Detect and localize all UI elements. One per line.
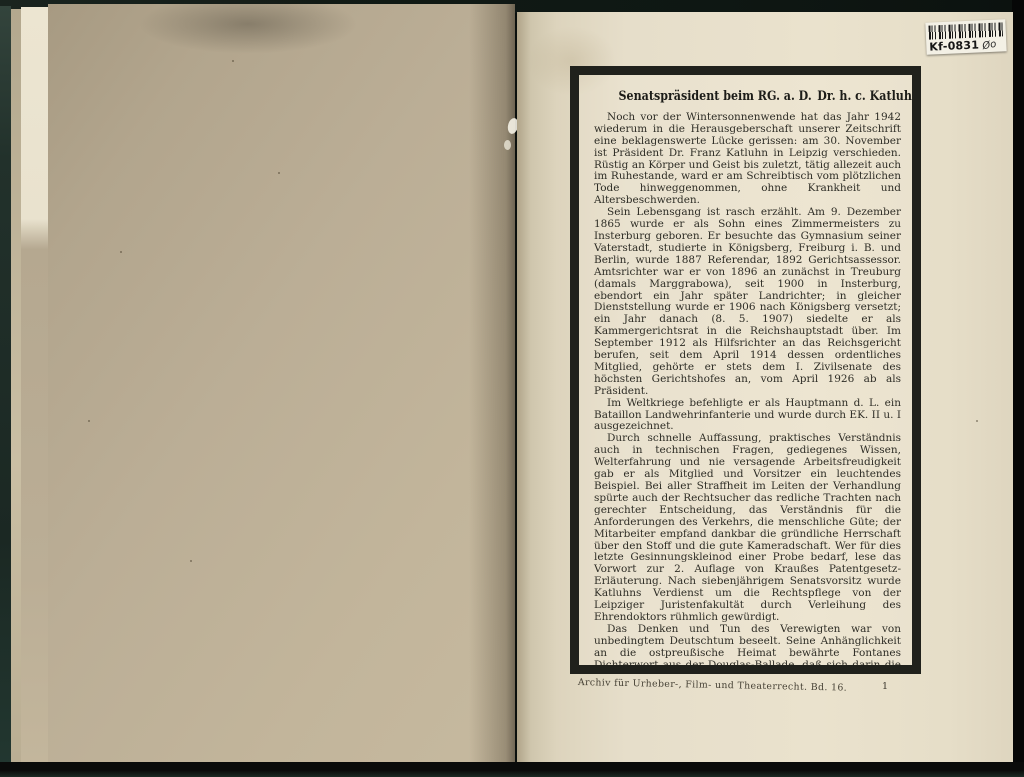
- library-barcode-label: Kf-0831 Øo: [925, 19, 1006, 54]
- left-blank-page: [48, 4, 515, 764]
- handwritten-mark: Øo: [981, 39, 997, 52]
- page-number: 1: [882, 681, 888, 692]
- obituary-title: Senatspräsident beim RG. a. D. Dr. h. c.…: [619, 91, 877, 103]
- paper-speck: [120, 251, 122, 253]
- paper-speck: [232, 60, 234, 62]
- paper-speck: [88, 420, 90, 422]
- page-edge-strip-white: [21, 7, 48, 764]
- book-spread-photo: Kf-0831 Øo Senatspräsident beim RG. a. D…: [0, 0, 1024, 777]
- obituary-text-block: Senatspräsident beim RG. a. D. Dr. h. c.…: [579, 75, 912, 665]
- backdrop-bottom: [0, 762, 1024, 777]
- gutter-paper-spot: [504, 140, 511, 150]
- obituary-paragraph: Noch vor der Wintersonnenwende hat das J…: [594, 112, 901, 207]
- obituary-paragraph: Im Weltkriege befehligte er als Hauptman…: [594, 398, 901, 434]
- paper-speck: [278, 172, 280, 174]
- obituary-paragraph: Sein Lebensgang ist rasch erzählt. Am 9.…: [594, 207, 901, 398]
- obituary-paragraph: Das Denken und Tun des Verewigten war vo…: [594, 624, 901, 674]
- label-code: Kf-0831: [929, 38, 979, 53]
- paper-speck: [976, 420, 978, 422]
- backdrop-right: [1012, 0, 1024, 777]
- page-edge-strip: [11, 9, 21, 763]
- paper-speck: [190, 560, 192, 562]
- book-cover-edge: [0, 6, 11, 766]
- obituary-paragraph: Durch schnelle Auffassung, praktisches V…: [594, 433, 901, 624]
- obituary-border-frame: Senatspräsident beim RG. a. D. Dr. h. c.…: [570, 66, 921, 674]
